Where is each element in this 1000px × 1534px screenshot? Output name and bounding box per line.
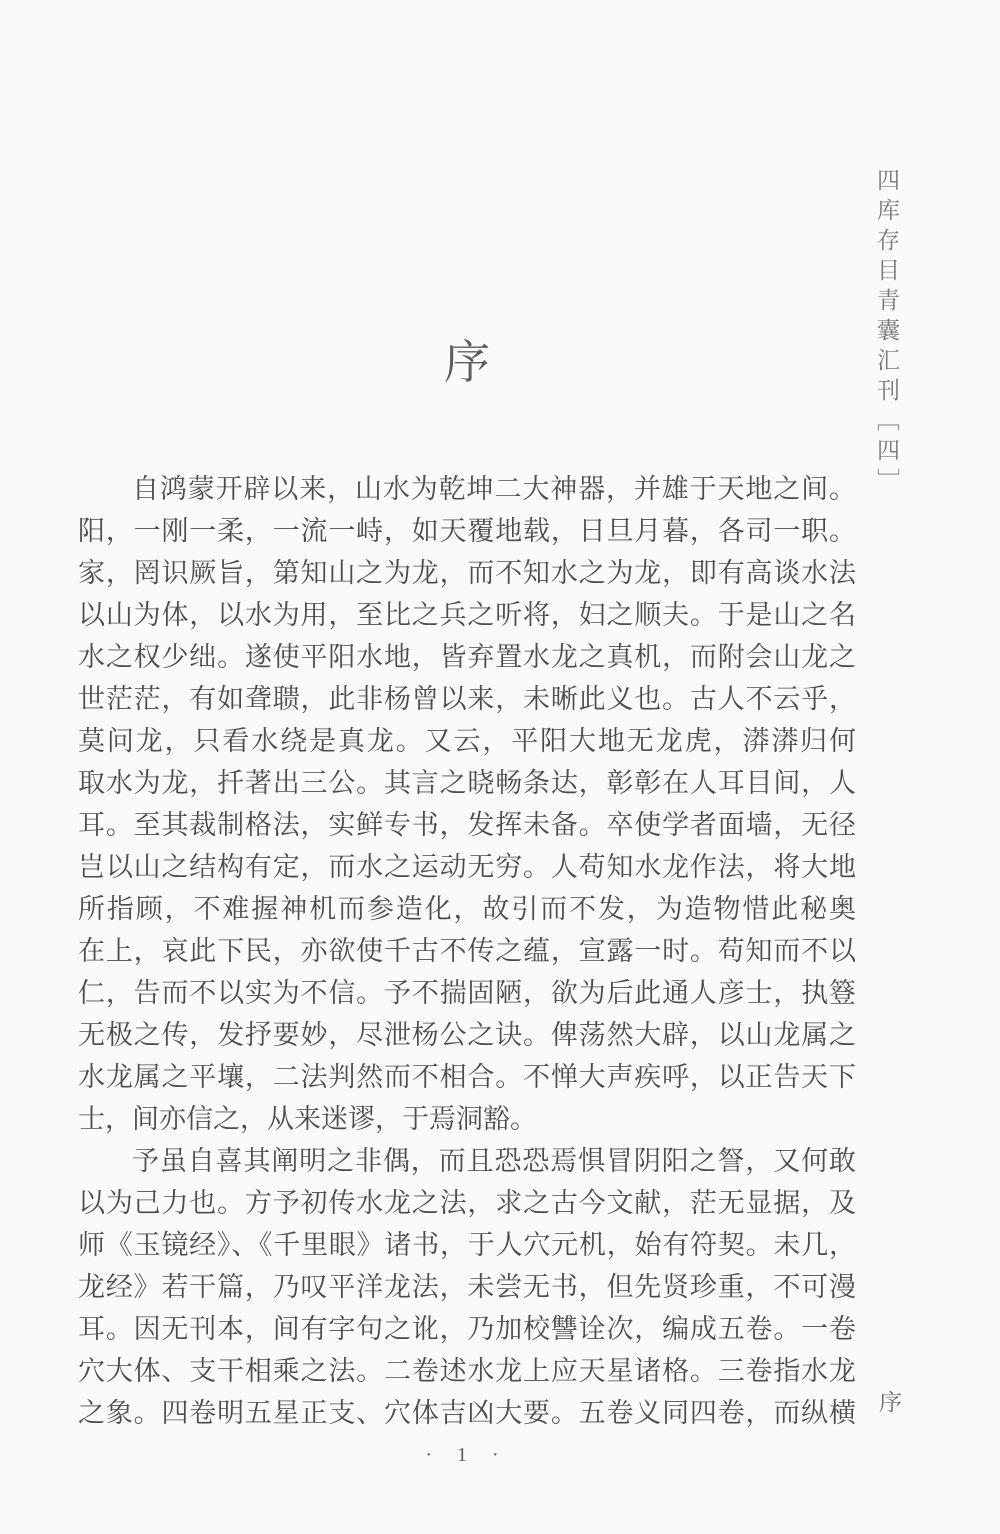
text-line: 岂以山之结构有定，而水之运动无穷。人苟知水龙作法，将大地山河，随 — [78, 846, 856, 888]
text-line: 龙经》若干篇，乃叹平洋龙法，未尝无书，但先贤珍重，不可漫泄于世 — [78, 1266, 856, 1308]
text-line: 士，间亦信之，从来迷谬，于焉洞豁。 — [78, 1098, 856, 1140]
text-line: 家，罔识厥旨，第知山之为龙，而不知水之为龙，即有高谈水法者，亦唯 — [78, 552, 856, 594]
preface-body-text: 自鸿蒙开辟以来，山水为乾坤二大神器，并雄于天地之间。一阴一阳，一刚一柔，一流一峙… — [78, 468, 856, 1434]
text-line: 仁，告而不以实为不信。予不揣固陋，欲为后此通人彦士，执簦前驱。因 — [78, 972, 856, 1014]
text-line: 阳，一刚一柔，一流一峙，如天覆地载，日旦月暮，各司一职。后世地理 — [78, 510, 856, 552]
text-line: 以山为体，以水为用，至比之兵之听将，妇之顺夫。于是山之名独尊，而 — [78, 594, 856, 636]
text-line: 以为己力也。方予初传水龙之法，求之古今文献，茫无显据，及得幕讲禅 — [78, 1182, 856, 1224]
text-line: 师《玉镜经》、《千里眼》诸书，于人穴元机，始有符契。未几，又得《水 — [78, 1224, 856, 1266]
text-line: 无极之传，发抒要妙，尽泄杨公之诀。俾荡然大辟，以山龙属之高山，以 — [78, 1014, 856, 1056]
text-line: 自鸿蒙开辟以来，山水为乾坤二大神器，并雄于天地之间。一阴一 — [78, 468, 856, 510]
scanned-book-page: 四库存目青囊汇刊［四］ 序 自鸿蒙开辟以来，山水为乾坤二大神器，并雄于天地之间。… — [0, 0, 1000, 1534]
text-line: 取水为龙，扦著出三公。其言之晓畅条达，彰彰在人耳目间，人自不之察 — [78, 762, 856, 804]
series-title-vertical: 四库存目青囊汇刊［四］ — [871, 168, 904, 498]
text-line: 水之权少绌。遂使平阳水地，皆弃置水龙之真机，而附会山龙之妄说。举 — [78, 636, 856, 678]
text-line: 水龙属之平壤，二法判然而不相合。不惮大声疾呼，以正告天下有识之 — [78, 1056, 856, 1098]
text-line: 莫问龙，只看水绕是真龙。又云，平阳大地无龙虎，漭漭归何处；东西只 — [78, 720, 856, 762]
text-line: 世茫茫，有如聋聩，此非杨曾以来，未晰此义也。古人不云乎，行到平洋 — [78, 678, 856, 720]
chapter-edge-marker: 序 — [879, 1384, 902, 1417]
text-line: 之象。四卷明五星正支、穴体吉凶大要。五卷义同四卷，而纵横言之。一 — [78, 1392, 856, 1434]
text-line: 耳。因无刊本，间有字句之讹，乃加校讐诠次，编成五卷。一卷明行龙结 — [78, 1308, 856, 1350]
text-line: 穴大体、支干相乘之法。二卷述水龙上应天星诸格。三卷指水龙托物比类 — [78, 1350, 856, 1392]
page-title: 序 — [78, 326, 856, 392]
text-line: 耳。至其裁制格法，实鲜专书，发挥未备。卒使学者面墙，无径可人。是 — [78, 804, 856, 846]
text-line: 予虽自喜其阐明之非偶，而且恐恐焉惧冒阴阳之詧，又何敢贪天之功 — [78, 1140, 856, 1182]
page-number: · 1 · — [78, 1444, 856, 1467]
text-line: 在上，哀此下民，亦欲使千古不传之蕴，宣露一时。苟知而不以告人为不 — [78, 930, 856, 972]
text-line: 所指顾，不难握神机而参造化，故引而不发，为造物惜此秘奥欤。夫高高 — [78, 888, 856, 930]
